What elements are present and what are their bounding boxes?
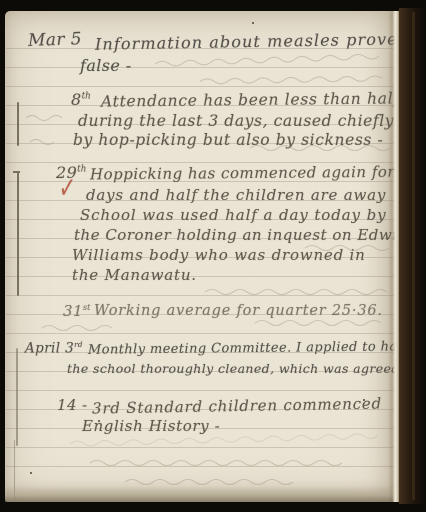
margin-stitch-mark [17, 172, 19, 296]
log-line: days and half the children are away [86, 186, 386, 204]
margin-stitch-mark [17, 102, 19, 146]
log-line: the Coroner holding an inquest on Edwin [74, 226, 408, 244]
page-crease [14, 440, 15, 500]
log-line: the Manawatu. [72, 266, 197, 284]
entry-date: 14 - [57, 396, 88, 414]
paper-speck [252, 22, 254, 24]
log-line: by hop-picking but also by sickness - [73, 131, 383, 149]
entry-date-suffix: st [83, 302, 91, 312]
paper-speck [98, 420, 100, 422]
log-line: the school thoroughly cleaned, which was… [67, 361, 426, 376]
log-line: Williams body who was drowned in [72, 246, 366, 264]
paper-speck [363, 399, 365, 401]
entry-date-number: 31 [63, 302, 83, 320]
entry-date: 31st [63, 302, 90, 320]
red-checkmark: ✓ [58, 170, 77, 207]
entry-date: Mar 5 [28, 29, 83, 51]
log-line: English History - [82, 417, 220, 435]
log-line: Hoppicking has commenced again for 3 [90, 163, 410, 184]
entry-date-suffix: th [82, 92, 91, 102]
binding-highlight [412, 12, 415, 500]
binding-gutter [399, 8, 426, 504]
entry-date-number: April 3 [25, 341, 74, 357]
entry-date: April 3rd [25, 340, 82, 357]
log-line: during the last 3 days, caused chiefly [78, 112, 394, 130]
log-line: Working average for quarter 25·36. [94, 303, 383, 319]
entry-date-number: 8 [71, 90, 82, 109]
entry-date-suffix: th [77, 165, 86, 175]
paper-speck [30, 472, 32, 474]
margin-stitch-mark [16, 348, 18, 446]
entry-date-suffix: rd [74, 340, 82, 349]
entry-date: 8th [71, 90, 91, 109]
log-line: Attendance has been less than half [101, 89, 400, 110]
logbook-photo: Mar 5 Information about measles proved f… [0, 0, 426, 512]
log-line: School was used half a day today by [80, 206, 386, 224]
log-line: false - [80, 56, 132, 75]
